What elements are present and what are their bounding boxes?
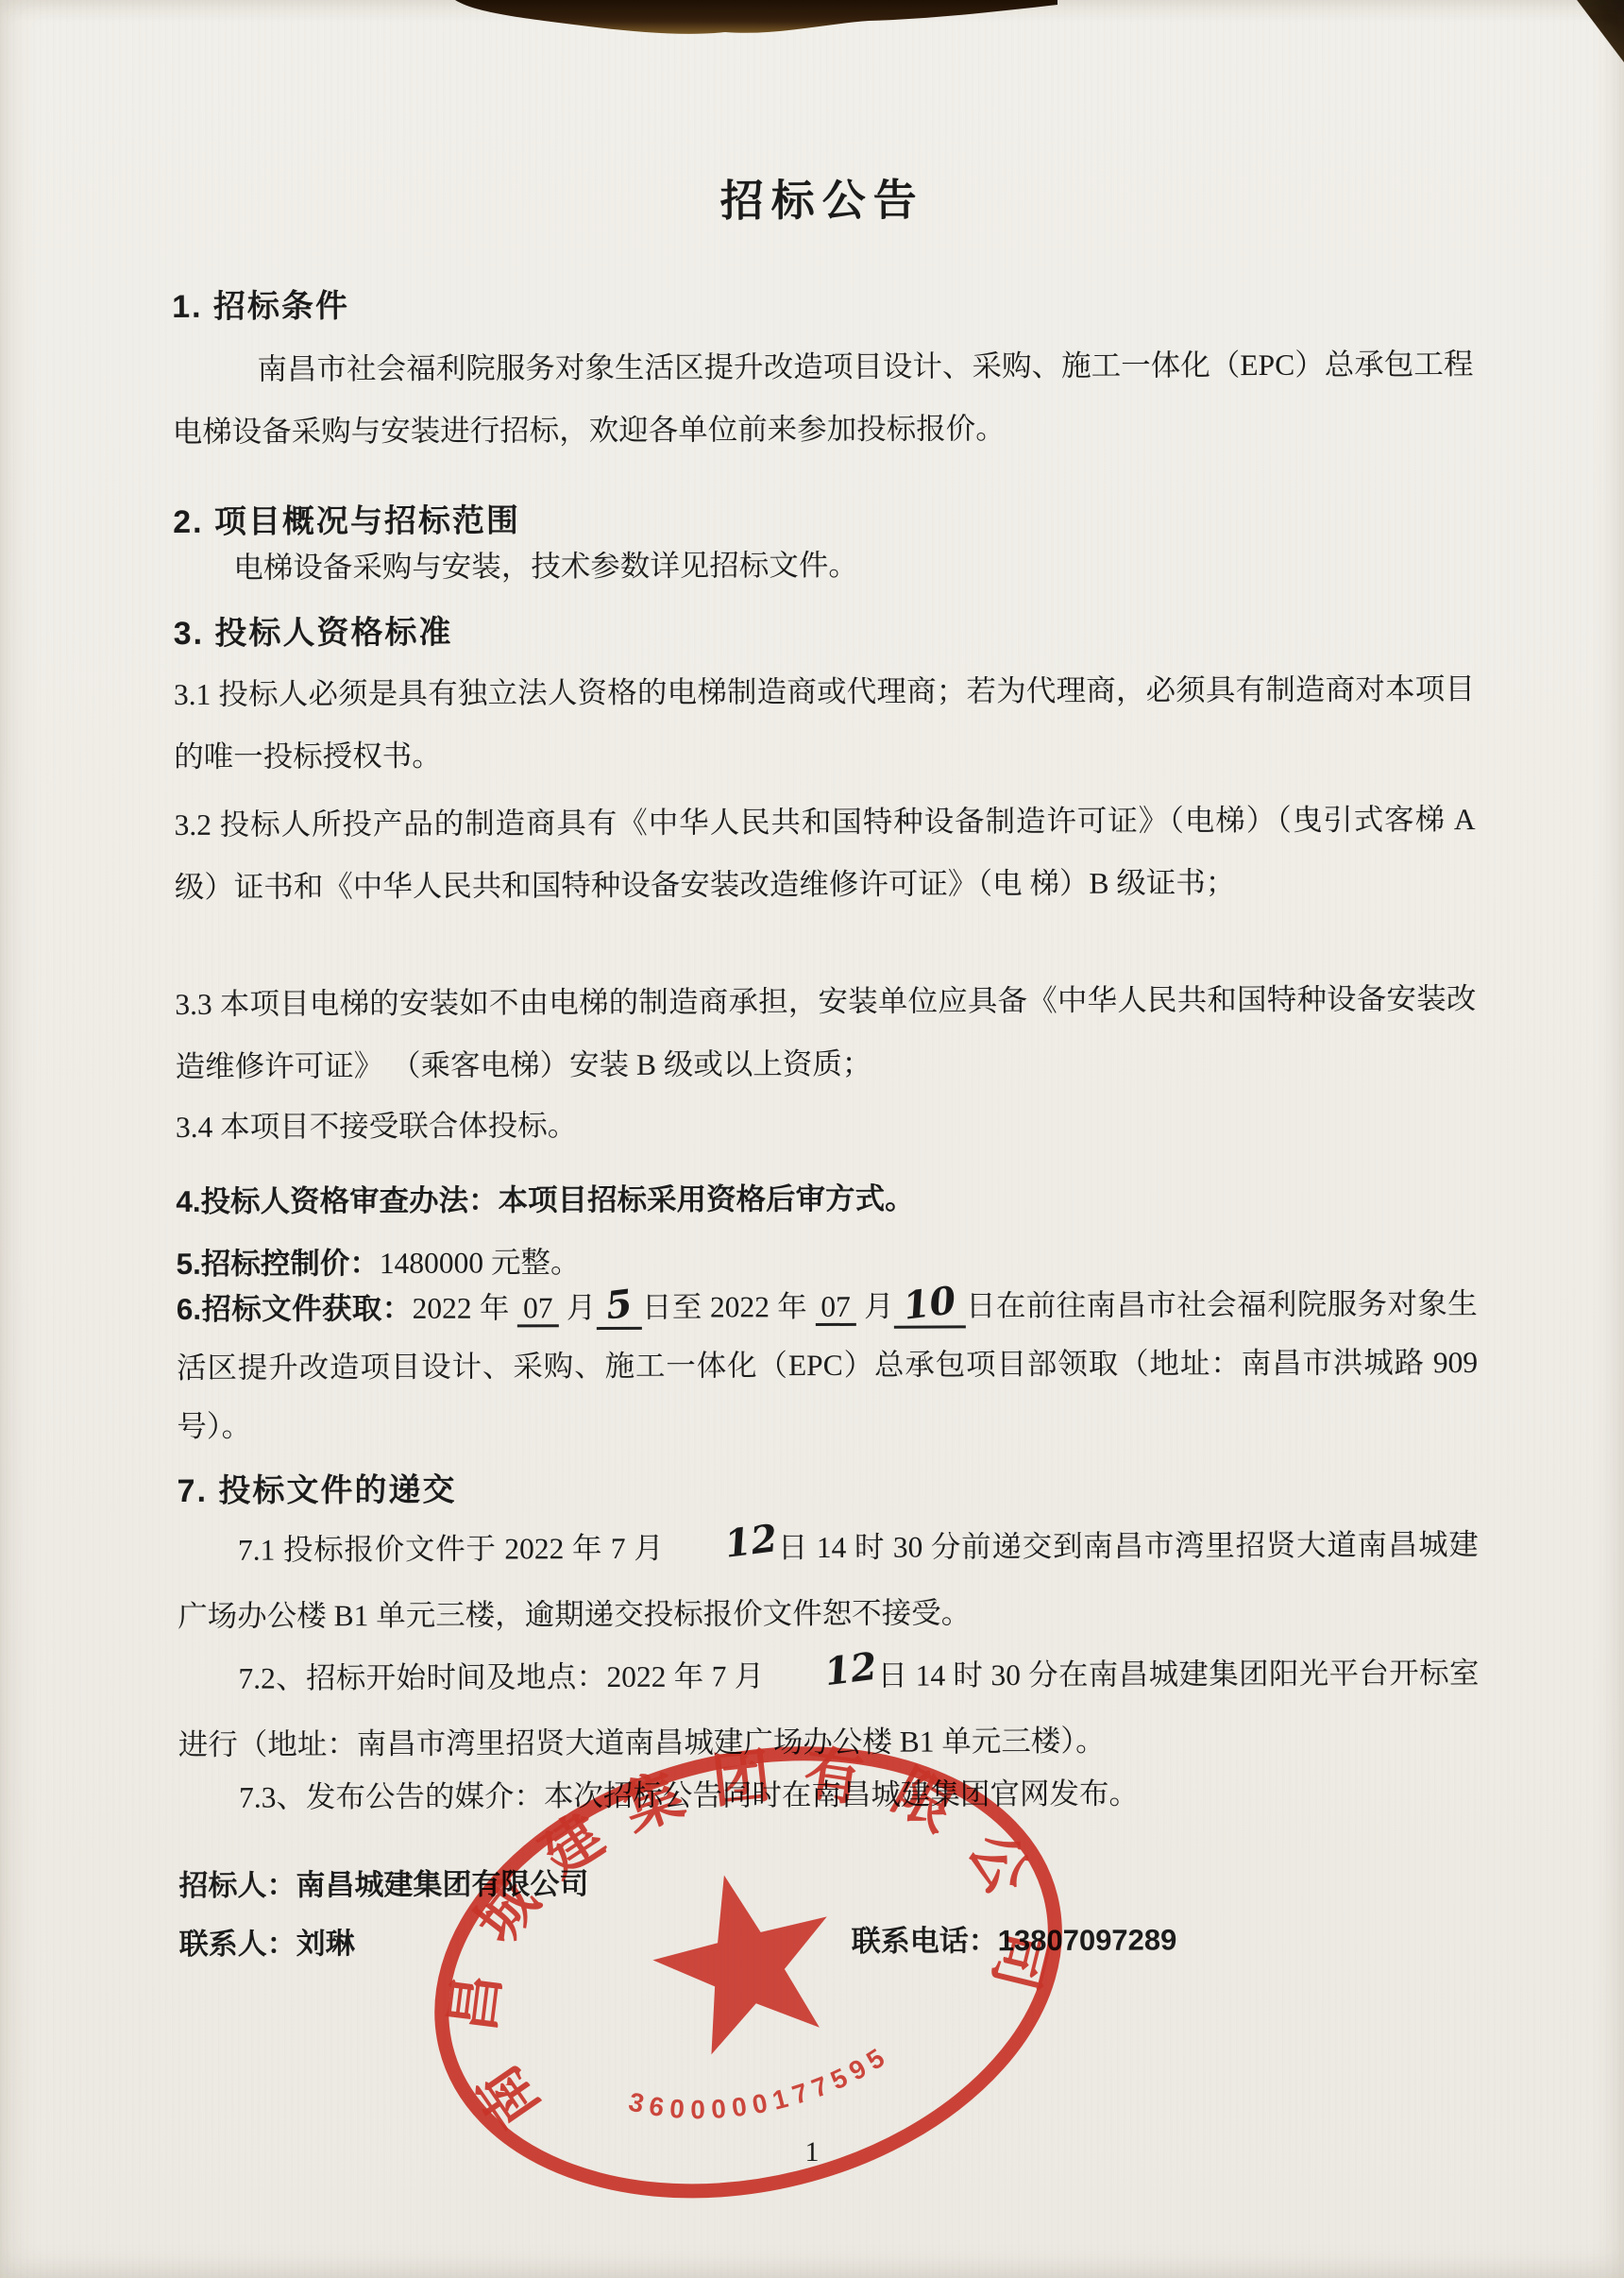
clause-5-value: 1480000 元整。	[380, 1246, 581, 1280]
clause-5-label: 5.招标控制价：	[176, 1246, 379, 1281]
clause-6-text: 月	[558, 1291, 596, 1324]
contact-label: 联系人：	[179, 1927, 296, 1961]
section-7-heading: 7. 投标文件的递交	[177, 1459, 1478, 1511]
phone-group: 联系电话：13807097289	[852, 1915, 1177, 1960]
section-1-paragraph: 南昌市社会福利院服务对象生活区提升改造项目设计、采购、施工一体化（EPC）总承包…	[172, 333, 1474, 464]
page-title: 招标公告	[172, 163, 1473, 231]
clause-6-label: 6.招标文件获取：	[177, 1291, 413, 1326]
clause-6: 6.招标文件获取：2022 年 07 月5日至 2022 年 07 月10日在前…	[177, 1274, 1479, 1456]
clause-4: 4.投标人资格审查办法：本项目招标采用资格后审方式。	[176, 1164, 1477, 1232]
clause-7-2-text: 7.2、招标开始时间及地点：2022 年 7 月	[238, 1659, 764, 1694]
clause-6-text: 2022 年	[413, 1291, 518, 1324]
clause-6-month-1: 07	[517, 1291, 559, 1327]
section-1-heading: 1. 招标条件	[172, 275, 1473, 327]
clause-7-1: 7.1 投标报价文件于 2022 年 7 月12日 14 时 30 分前递交到南…	[178, 1512, 1480, 1650]
clause-7-3: 7.3、发布公告的媒介：本次招标公告同时在南昌城建集团官网发布。	[178, 1761, 1480, 1829]
clause-3-3: 3.3 本项目电梯的安装如不由电梯的制造商承担，安装单位应具备《中华人民共和国特…	[175, 968, 1477, 1098]
section-3-heading: 3. 投标人资格标准	[174, 602, 1475, 654]
phone-label: 联系电话：	[852, 1924, 998, 1958]
scanned-document-page: 招标公告 1. 招标条件 南昌市社会福利院服务对象生活区提升改造项目设计、采购、…	[0, 0, 1624, 2278]
clause-6-month-2: 07	[815, 1290, 856, 1326]
handwritten-day-10: 10	[902, 1283, 958, 1324]
clause-7-1-text: 7.1 投标报价文件于 2022 年 7 月	[238, 1532, 665, 1567]
handwritten-day-5: 5	[604, 1286, 634, 1323]
clause-7-2: 7.2、招标开始时间及地点：2022 年 7 月12日 14 时 30 分在南昌…	[178, 1640, 1480, 1778]
clause-3-2: 3.2 投标人所投产品的制造商具有《中华人民共和国特种设备制造许可证》（电梯）（…	[174, 789, 1476, 919]
clause-3-4: 3.4 本项目不接受联合体投标。	[176, 1091, 1477, 1159]
contact-value: 刘琳	[296, 1927, 355, 1960]
bidder-value: 南昌城建集团有限公司	[296, 1867, 588, 1901]
section-2-paragraph: 电梯设备采购与安装，技术参数详见招标文件。	[173, 532, 1474, 600]
clause-6-text: 月	[856, 1290, 894, 1323]
handwritten-day-12a: 12	[663, 1521, 779, 1570]
page-number: 1	[0, 2136, 1624, 2168]
contact-line: 联系人：刘琳 联系电话：13807097289	[179, 1914, 1480, 1963]
clause-6-text: 日至 2022 年	[641, 1290, 815, 1324]
clause-3-1: 3.1 投标人必须是具有独立法人资格的电梯制造商或代理商；若为代理商，必须具有制…	[174, 658, 1476, 789]
document-content: 招标公告 1. 招标条件 南昌市社会福利院服务对象生活区提升改造项目设计、采购、…	[171, 0, 1482, 2278]
clause-6-day-2-blank: 10	[894, 1286, 966, 1328]
bidder-label: 招标人：	[178, 1868, 296, 1902]
clause-6-day-1-blank: 5	[597, 1288, 642, 1330]
phone-value: 13807097289	[998, 1923, 1177, 1957]
handwritten-day-12b: 12	[763, 1650, 879, 1698]
bidder-line: 招标人：南昌城建集团有限公司	[178, 1856, 1480, 1904]
scan-corner-fold	[1564, 0, 1624, 62]
